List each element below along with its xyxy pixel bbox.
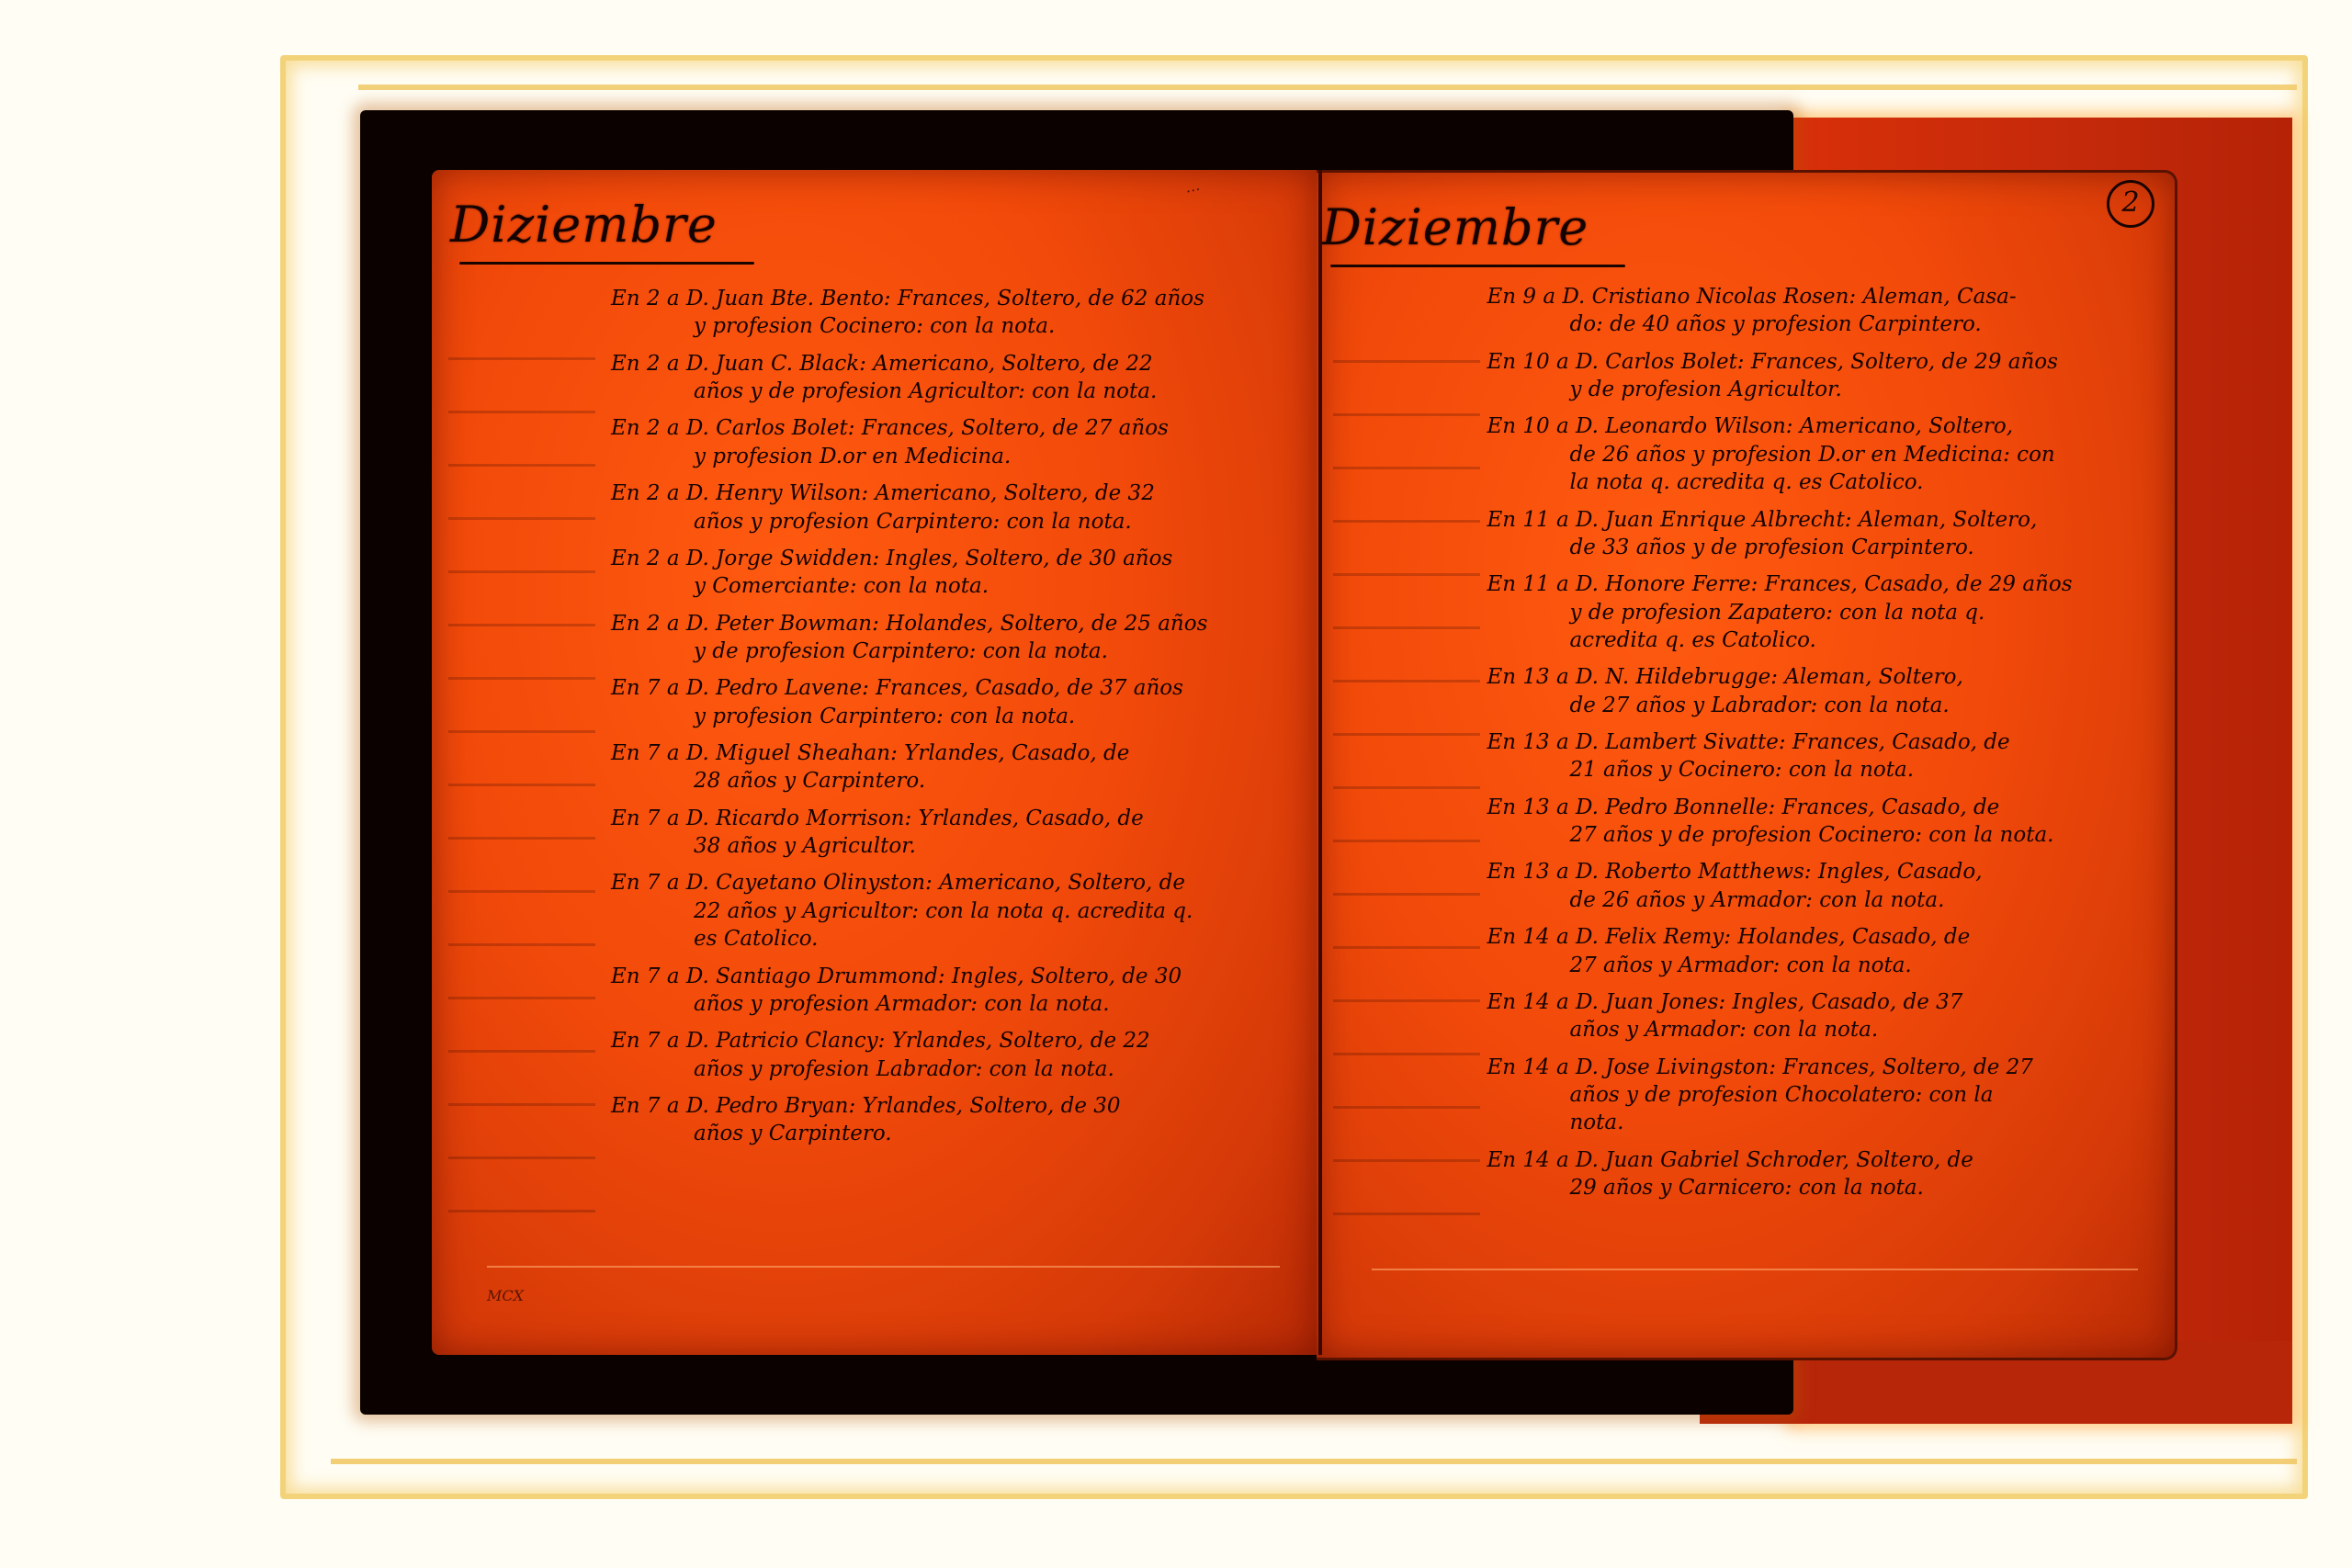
- register-entry: En 13 a D. Lambert Sivatte: Frances, Cas…: [1487, 728, 2147, 784]
- entry-line: y profesion D.or en Medicina.: [611, 443, 1298, 470]
- entry-line: En 13 a D. Lambert Sivatte: Frances, Cas…: [1487, 728, 2147, 756]
- entry-line: la nota q. acredita q. es Catolico.: [1487, 468, 2147, 496]
- entry-line: años y profesion Carpintero: con la nota…: [611, 508, 1298, 536]
- entry-line: En 2 a D. Peter Bowman: Holandes, Solter…: [611, 610, 1298, 637]
- page-gutter: [1318, 170, 1322, 1355]
- register-entry: En 7 a D. Miguel Sheahan: Yrlandes, Casa…: [611, 739, 1298, 795]
- entry-line: En 14 a D. Juan Jones: Ingles, Casado, d…: [1487, 988, 2147, 1016]
- entry-line: En 7 a D. Cayetano Olinyston: Americano,…: [611, 869, 1298, 897]
- register-entry: En 14 a D. Jose Livingston: Frances, Sol…: [1487, 1054, 2147, 1137]
- register-entry: En 14 a D. Felix Remy: Holandes, Casado,…: [1487, 923, 2147, 979]
- register-entry: En 2 a D. Juan C. Black: Americano, Solt…: [611, 350, 1298, 406]
- entry-line: En 13 a D. Roberto Matthews: Ingles, Cas…: [1487, 858, 2147, 886]
- entry-line: 38 años y Agricultor.: [611, 832, 1298, 860]
- register-entry: En 13 a D. N. Hildebrugge: Aleman, Solte…: [1487, 663, 2147, 719]
- entry-line: En 2 a D. Juan Bte. Bento: Frances, Solt…: [611, 285, 1298, 312]
- left-entry-list: En 2 a D. Juan Bte. Bento: Frances, Solt…: [611, 285, 1298, 1157]
- left-margin-bleedthrough: [448, 317, 595, 1245]
- register-entry: En 7 a D. Patricio Clancy: Yrlandes, Sol…: [611, 1027, 1298, 1083]
- entry-line: En 13 a D. N. Hildebrugge: Aleman, Solte…: [1487, 663, 2147, 691]
- register-entry: En 7 a D. Santiago Drummond: Ingles, Sol…: [611, 963, 1298, 1019]
- entry-line: 21 años y Cocinero: con la nota.: [1487, 756, 2147, 784]
- entry-line: años y profesion Armador: con la nota.: [611, 990, 1298, 1018]
- entry-line: En 7 a D. Santiago Drummond: Ingles, Sol…: [611, 963, 1298, 990]
- entry-line: nota.: [1487, 1109, 2147, 1136]
- entry-line: 29 años y Carnicero: con la nota.: [1487, 1174, 2147, 1201]
- right-entry-list: En 9 a D. Cristiano Nicolas Rosen: Alema…: [1487, 283, 2147, 1211]
- register-entry: En 2 a D. Jorge Swidden: Ingles, Soltero…: [611, 545, 1298, 601]
- register-entry: En 2 a D. Carlos Bolet: Frances, Soltero…: [611, 414, 1298, 470]
- entry-line: En 10 a D. Leonardo Wilson: Americano, S…: [1487, 412, 2147, 440]
- register-entry: En 2 a D. Juan Bte. Bento: Frances, Solt…: [611, 285, 1298, 341]
- entry-line: de 27 años y Labrador: con la nota.: [1487, 692, 2147, 719]
- entry-line: do: de 40 años y profesion Carpintero.: [1487, 310, 2147, 338]
- entry-line: En 7 a D. Pedro Lavene: Frances, Casado,…: [611, 674, 1298, 702]
- register-entry: En 10 a D. Leonardo Wilson: Americano, S…: [1487, 412, 2147, 496]
- entry-line: años y Carpintero.: [611, 1120, 1298, 1147]
- entry-line: En 2 a D. Henry Wilson: Americano, Solte…: [611, 479, 1298, 507]
- entry-line: En 14 a D. Juan Gabriel Schroder, Solter…: [1487, 1146, 2147, 1174]
- left-page-heading: Diziembre: [450, 196, 718, 254]
- left-page: Diziembre … En 2 a D. Juan Bte. Bento: F…: [432, 170, 1317, 1355]
- entry-line: años y de profesion Agricultor: con la n…: [611, 378, 1298, 405]
- entry-line: En 11 a D. Honore Ferre: Frances, Casado…: [1487, 570, 2147, 598]
- entry-line: y profesion Carpintero: con la nota.: [611, 703, 1298, 730]
- right-margin-bleedthrough: [1333, 320, 1480, 1247]
- entry-line: 27 años y Armador: con la nota.: [1487, 952, 2147, 979]
- folio-number: 2: [2107, 180, 2154, 228]
- entry-line: acredita q. es Catolico.: [1487, 626, 2147, 654]
- entry-line: y de profesion Agricultor.: [1487, 376, 2147, 403]
- pencil-catalog-mark: MCX: [487, 1287, 524, 1304]
- register-entry: En 11 a D. Honore Ferre: Frances, Casado…: [1487, 570, 2147, 654]
- entry-line: y de profesion Zapatero: con la nota q.: [1487, 599, 2147, 626]
- entry-line: años y de profesion Chocolatero: con la: [1487, 1081, 2147, 1109]
- register-entry: En 14 a D. Juan Jones: Ingles, Casado, d…: [1487, 988, 2147, 1044]
- entry-line: En 2 a D. Juan C. Black: Americano, Solt…: [611, 350, 1298, 378]
- entry-line: 22 años y Agricultor: con la nota q. acr…: [611, 897, 1298, 925]
- register-entry: En 10 a D. Carlos Bolet: Frances, Solter…: [1487, 348, 2147, 404]
- bottom-rule-line: [1372, 1269, 2138, 1270]
- binding-stamp-mark: …: [1183, 158, 1294, 233]
- entry-line: En 7 a D. Ricardo Morrison: Yrlandes, Ca…: [611, 805, 1298, 832]
- entry-line: es Catolico.: [611, 925, 1298, 953]
- scanned-manuscript-scene: Diziembre … En 2 a D. Juan Bte. Bento: F…: [0, 0, 2352, 1568]
- register-entry: En 7 a D. Pedro Lavene: Frances, Casado,…: [611, 674, 1298, 730]
- entry-line: En 2 a D. Carlos Bolet: Frances, Soltero…: [611, 414, 1298, 442]
- right-page: Diziembre 2 En 9 a D. Cristiano Nicolas …: [1317, 170, 2177, 1360]
- entry-line: En 13 a D. Pedro Bonnelle: Frances, Casa…: [1487, 794, 2147, 821]
- entry-line: de 26 años y Armador: con la nota.: [1487, 886, 2147, 914]
- entry-line: 28 años y Carpintero.: [611, 767, 1298, 795]
- frame-bottom-edge: [331, 1459, 2297, 1464]
- register-entry: En 14 a D. Juan Gabriel Schroder, Solter…: [1487, 1146, 2147, 1202]
- entry-line: En 2 a D. Jorge Swidden: Ingles, Soltero…: [611, 545, 1298, 572]
- entry-line: En 10 a D. Carlos Bolet: Frances, Solter…: [1487, 348, 2147, 376]
- entry-line: En 14 a D. Jose Livingston: Frances, Sol…: [1487, 1054, 2147, 1081]
- register-entry: En 2 a D. Peter Bowman: Holandes, Solter…: [611, 610, 1298, 666]
- register-entry: En 7 a D. Pedro Bryan: Yrlandes, Soltero…: [611, 1092, 1298, 1148]
- entry-line: de 33 años y de profesion Carpintero.: [1487, 534, 2147, 561]
- register-entry: En 7 a D. Cayetano Olinyston: Americano,…: [611, 869, 1298, 953]
- entry-line: En 14 a D. Felix Remy: Holandes, Casado,…: [1487, 923, 2147, 951]
- entry-line: En 7 a D. Patricio Clancy: Yrlandes, Sol…: [611, 1027, 1298, 1055]
- frame-top-edge: [358, 85, 2297, 90]
- entry-line: En 11 a D. Juan Enrique Albrecht: Aleman…: [1487, 506, 2147, 534]
- entry-line: y profesion Cocinero: con la nota.: [611, 312, 1298, 340]
- open-register: Diziembre … En 2 a D. Juan Bte. Bento: F…: [432, 170, 2177, 1355]
- register-entry: En 11 a D. Juan Enrique Albrecht: Aleman…: [1487, 506, 2147, 562]
- entry-line: 27 años y de profesion Cocinero: con la …: [1487, 821, 2147, 849]
- entry-line: años y Armador: con la nota.: [1487, 1016, 2147, 1043]
- entry-line: En 9 a D. Cristiano Nicolas Rosen: Alema…: [1487, 283, 2147, 310]
- register-entry: En 13 a D. Roberto Matthews: Ingles, Cas…: [1487, 858, 2147, 914]
- entry-line: En 7 a D. Miguel Sheahan: Yrlandes, Casa…: [611, 739, 1298, 767]
- register-entry: En 2 a D. Henry Wilson: Americano, Solte…: [611, 479, 1298, 536]
- bottom-rule-line: [487, 1266, 1280, 1268]
- register-entry: En 13 a D. Pedro Bonnelle: Frances, Casa…: [1487, 794, 2147, 850]
- entry-line: años y profesion Labrador: con la nota.: [611, 1055, 1298, 1083]
- entry-line: de 26 años y profesion D.or en Medicina:…: [1487, 441, 2147, 468]
- register-entry: En 7 a D. Ricardo Morrison: Yrlandes, Ca…: [611, 805, 1298, 861]
- entry-line: y de profesion Carpintero: con la nota.: [611, 637, 1298, 665]
- entry-line: En 7 a D. Pedro Bryan: Yrlandes, Soltero…: [611, 1092, 1298, 1120]
- right-page-heading: Diziembre: [1321, 198, 1589, 256]
- entry-line: y Comerciante: con la nota.: [611, 572, 1298, 600]
- register-entry: En 9 a D. Cristiano Nicolas Rosen: Alema…: [1487, 283, 2147, 339]
